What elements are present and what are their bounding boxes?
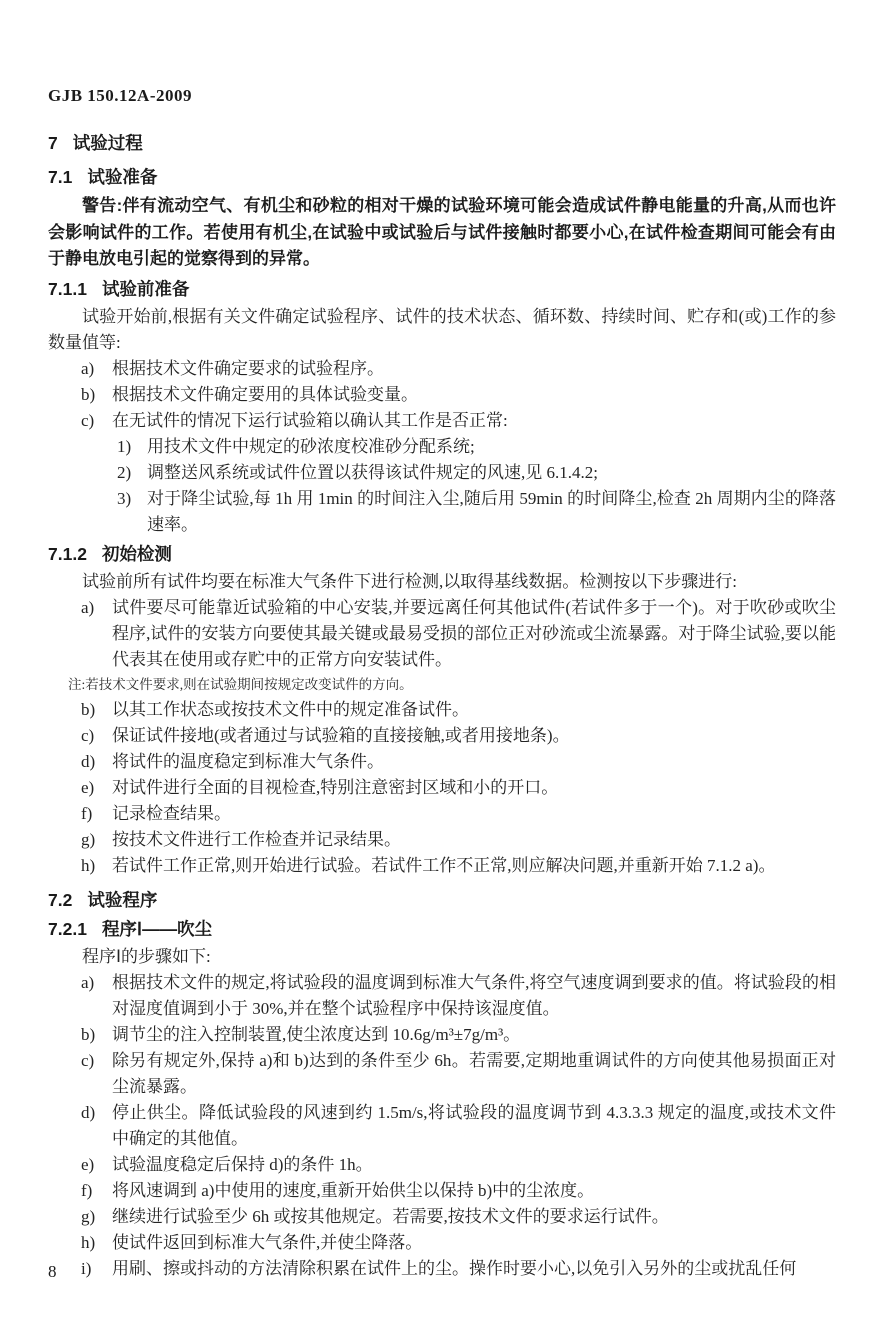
list-item-721-h: h) 使试件返回到标准大气条件,并使尘降落。	[48, 1230, 836, 1256]
list-item-721-e: e) 试验温度稳定后保持 d)的条件 1h。	[48, 1152, 836, 1178]
list-item-text: 试件要尽可能靠近试验箱的中心安装,并要远离任何其他试件(若试件多于一个)。对于吹…	[112, 595, 836, 673]
sublist-item-text: 调整送风系统或试件位置以获得该试件规定的风速,见 6.1.4.2;	[147, 460, 836, 486]
warning-paragraph: 警告:伴有流动空气、有机尘和砂粒的相对干燥的试验环境可能会造成试件静电能量的升高…	[48, 193, 836, 273]
list-item-label: g)	[81, 1204, 112, 1230]
list-item-label: e)	[81, 1152, 112, 1178]
heading-7-1-2-title: 初始检测	[102, 541, 172, 567]
list-item-label: c)	[81, 1048, 112, 1100]
document-page: GJB 150.12A-2009 7 试验过程 7.1 试验准备 警告:伴有流动…	[0, 0, 880, 1336]
list-item-text: 停止供尘。降低试验段的风速到约 1.5m/s,将试验段的温度调节到 4.3.3.…	[112, 1100, 836, 1152]
list-item-text: 试验温度稳定后保持 d)的条件 1h。	[112, 1152, 836, 1178]
list-item-721-c: c) 除另有规定外,保持 a)和 b)达到的条件至少 6h。若需要,定期地重调试…	[48, 1048, 836, 1100]
list-item-712-b: b) 以其工作状态或按技术文件中的规定准备试件。	[48, 697, 836, 723]
list-item-712-a: a) 试件要尽可能靠近试验箱的中心安装,并要远离任何其他试件(若试件多于一个)。…	[48, 595, 836, 673]
doc-code: GJB 150.12A-2009	[48, 86, 836, 106]
list-item-label: a)	[81, 356, 112, 382]
list-item-711-c: c) 在无试件的情况下运行试验箱以确认其工作是否正常:	[48, 408, 836, 434]
list-item-text: 将试件的温度稳定到标准大气条件。	[112, 749, 836, 775]
sublist-item-711-3: 3) 对于降尘试验,每 1h 用 1min 的时间注入尘,随后用 59min 的…	[48, 486, 836, 538]
sublist-item-label: 3)	[117, 486, 147, 538]
list-item-721-g: g) 继续进行试验至少 6h 或按其他规定。若需要,按技术文件的要求运行试件。	[48, 1204, 836, 1230]
list-item-721-d: d) 停止供尘。降低试验段的风速到约 1.5m/s,将试验段的温度调节到 4.3…	[48, 1100, 836, 1152]
list-item-text: 以其工作状态或按技术文件中的规定准备试件。	[112, 697, 836, 723]
list-item-label: g)	[81, 827, 112, 853]
list-item-text: 根据技术文件确定要用的具体试验变量。	[112, 382, 836, 408]
sublist-item-label: 1)	[117, 434, 147, 460]
list-item-label: f)	[81, 1178, 112, 1204]
heading-7-1-number: 7.1	[48, 164, 72, 190]
list-item-label: b)	[81, 382, 112, 408]
list-item-711-a: a) 根据技术文件确定要求的试验程序。	[48, 356, 836, 382]
sec-7-1-1-intro: 试验开始前,根据有关文件确定试验程序、试件的技术状态、循环数、持续时间、贮存和(…	[48, 304, 836, 356]
heading-7-1-2-number: 7.1.2	[48, 541, 87, 567]
heading-7-1-1-number: 7.1.1	[48, 276, 87, 302]
list-item-721-i: i) 用刷、擦或抖动的方法清除积累在试件上的尘。操作时要小心,以免引入另外的尘或…	[48, 1256, 836, 1282]
heading-7-2-1-number: 7.2.1	[48, 916, 87, 942]
list-item-721-b: b) 调节尘的注入控制装置,使尘浓度达到 10.6g/m³±7g/m³。	[48, 1022, 836, 1048]
list-item-712-g: g) 按技术文件进行工作检查并记录结果。	[48, 827, 836, 853]
heading-7-1-1-title: 试验前准备	[102, 276, 190, 302]
list-item-text: 保证试件接地(或者通过与试验箱的直接接触,或者用接地条)。	[112, 723, 836, 749]
list-item-text: 根据技术文件的规定,将试验段的温度调到标准大气条件,将空气速度调到要求的值。将试…	[112, 970, 836, 1022]
list-item-712-c: c) 保证试件接地(或者通过与试验箱的直接接触,或者用接地条)。	[48, 723, 836, 749]
list-item-label: h)	[81, 853, 112, 879]
list-item-label: c)	[81, 408, 112, 434]
sublist-item-text: 用技术文件中规定的砂浓度校准砂分配系统;	[147, 434, 836, 460]
list-item-label: b)	[81, 1022, 112, 1048]
heading-7-1: 7.1 试验准备	[48, 164, 836, 190]
heading-7-2-number: 7.2	[48, 887, 72, 913]
list-item-text: 根据技术文件确定要求的试验程序。	[112, 356, 836, 382]
heading-7-number: 7	[48, 130, 58, 156]
list-item-text: 用刷、擦或抖动的方法清除积累在试件上的尘。操作时要小心,以免引入另外的尘或扰乱任…	[112, 1256, 836, 1282]
heading-7-2-title: 试验程序	[87, 887, 157, 913]
list-item-label: h)	[81, 1230, 112, 1256]
list-item-712-f: f) 记录检查结果。	[48, 801, 836, 827]
list-item-text: 若试件工作正常,则开始进行试验。若试件工作不正常,则应解决问题,并重新开始 7.…	[112, 853, 836, 879]
list-item-text: 在无试件的情况下运行试验箱以确认其工作是否正常:	[112, 408, 836, 434]
heading-7-1-2: 7.1.2 初始检测	[48, 541, 836, 567]
list-item-label: f)	[81, 801, 112, 827]
list-item-text: 继续进行试验至少 6h 或按其他规定。若需要,按技术文件的要求运行试件。	[112, 1204, 836, 1230]
list-item-721-a: a) 根据技术文件的规定,将试验段的温度调到标准大气条件,将空气速度调到要求的值…	[48, 970, 836, 1022]
heading-7: 7 试验过程	[48, 130, 836, 156]
list-item-text: 将风速调到 a)中使用的速度,重新开始供尘以保持 b)中的尘浓度。	[112, 1178, 836, 1204]
sec-7-1-2-intro: 试验前所有试件均要在标准大气条件下进行检测,以取得基线数据。检测按以下步骤进行:	[48, 569, 836, 595]
sublist-item-label: 2)	[117, 460, 147, 486]
list-item-721-f: f) 将风速调到 a)中使用的速度,重新开始供尘以保持 b)中的尘浓度。	[48, 1178, 836, 1204]
list-item-label: e)	[81, 775, 112, 801]
list-item-711-b: b) 根据技术文件确定要用的具体试验变量。	[48, 382, 836, 408]
sublist-item-text: 对于降尘试验,每 1h 用 1min 的时间注入尘,随后用 59min 的时间降…	[147, 486, 836, 538]
list-item-text: 除另有规定外,保持 a)和 b)达到的条件至少 6h。若需要,定期地重调试件的方…	[112, 1048, 836, 1100]
sublist-item-711-2: 2) 调整送风系统或试件位置以获得该试件规定的风速,见 6.1.4.2;	[48, 460, 836, 486]
list-item-label: a)	[81, 970, 112, 1022]
list-item-label: a)	[81, 595, 112, 673]
list-item-712-e: e) 对试件进行全面的目视检查,特别注意密封区域和小的开口。	[48, 775, 836, 801]
list-item-text: 调节尘的注入控制装置,使尘浓度达到 10.6g/m³±7g/m³。	[112, 1022, 836, 1048]
sublist-item-711-1: 1) 用技术文件中规定的砂浓度校准砂分配系统;	[48, 434, 836, 460]
heading-7-2-1-title: 程序Ⅰ——吹尘	[102, 916, 212, 942]
heading-7-2: 7.2 试验程序	[48, 887, 836, 913]
list-item-label: c)	[81, 723, 112, 749]
sec-7-2-1-intro: 程序Ⅰ的步骤如下:	[48, 944, 836, 970]
list-item-text: 对试件进行全面的目视检查,特别注意密封区域和小的开口。	[112, 775, 836, 801]
list-item-712-h: h) 若试件工作正常,则开始进行试验。若试件工作不正常,则应解决问题,并重新开始…	[48, 853, 836, 879]
list-item-text: 使试件返回到标准大气条件,并使尘降落。	[112, 1230, 836, 1256]
heading-7-title: 试验过程	[73, 130, 143, 156]
list-item-label: d)	[81, 749, 112, 775]
heading-7-1-1: 7.1.1 试验前准备	[48, 276, 836, 302]
heading-7-2-1: 7.2.1 程序Ⅰ——吹尘	[48, 916, 836, 942]
list-item-712-d: d) 将试件的温度稳定到标准大气条件。	[48, 749, 836, 775]
list-item-label: d)	[81, 1100, 112, 1152]
list-item-label: b)	[81, 697, 112, 723]
page-number: 8	[48, 1262, 57, 1282]
list-item-text: 按技术文件进行工作检查并记录结果。	[112, 827, 836, 853]
list-item-text: 记录检查结果。	[112, 801, 836, 827]
heading-7-1-title: 试验准备	[87, 164, 157, 190]
note-712: 注:若技术文件要求,则在试验期间按规定改变试件的方向。	[68, 673, 836, 697]
list-item-label: i)	[81, 1256, 112, 1282]
